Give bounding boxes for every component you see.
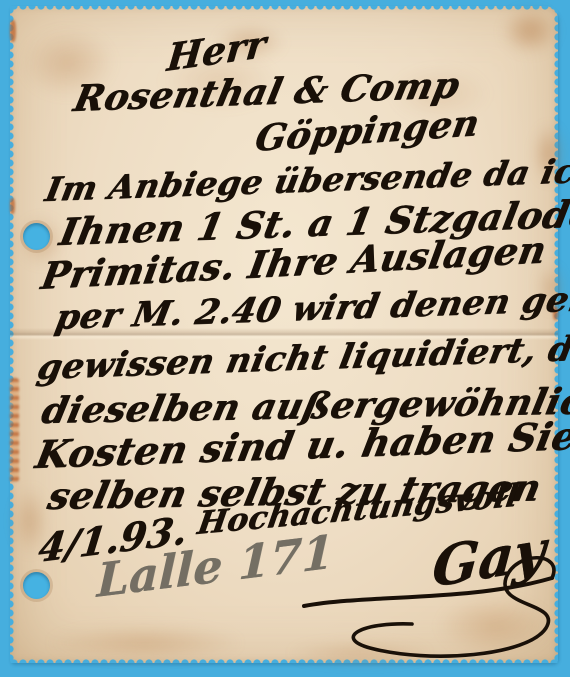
punch-hole-top — [23, 223, 50, 250]
rust-speck — [10, 198, 15, 214]
signature: Gay — [430, 516, 548, 600]
rust-speck — [10, 20, 16, 42]
foxing-stain — [440, 598, 550, 654]
perforation-left-edge — [10, 6, 17, 663]
foxing-stain — [50, 626, 240, 660]
letter-card: Herr Rosenthal & Comp Göppingen Im Anbie… — [10, 6, 558, 663]
scanned-letter-background: { "letter": { "salutation": "Herr", "rec… — [0, 0, 570, 677]
foxing-stain — [290, 642, 430, 664]
punch-hole-bottom — [23, 572, 50, 599]
rust-stain-left-edge — [10, 378, 19, 482]
perforation-top-edge — [10, 6, 558, 13]
foxing-stain — [502, 8, 558, 54]
perforation-bottom-edge — [10, 656, 558, 663]
body-line-5: gewissen nicht liquidiert, da — [34, 328, 570, 388]
